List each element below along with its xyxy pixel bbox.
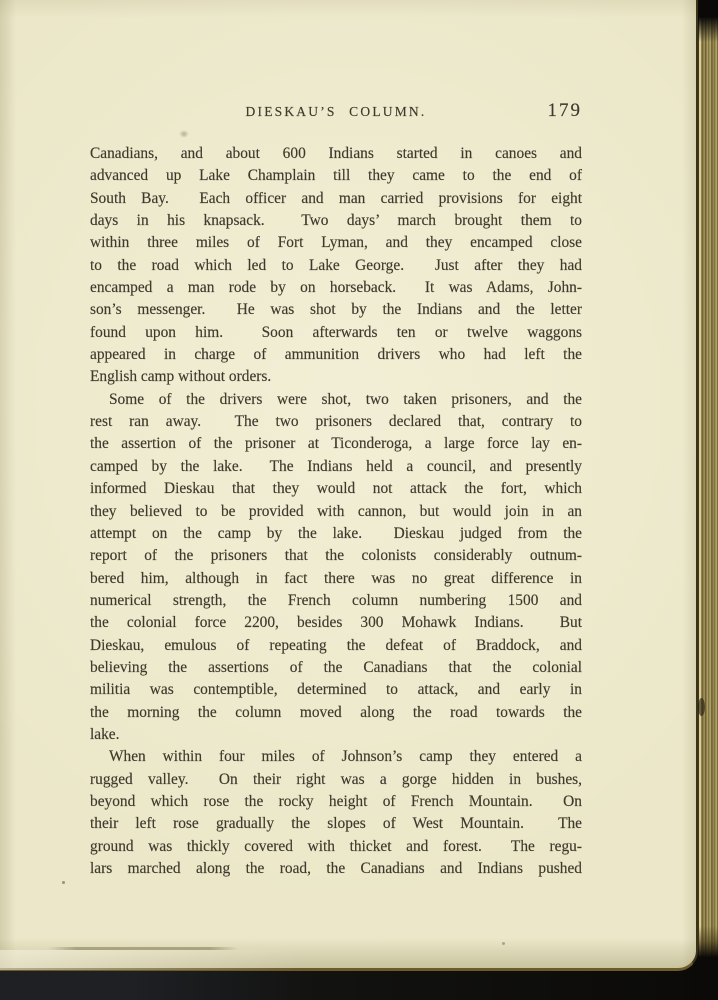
page-number: 179 bbox=[548, 100, 583, 122]
running-title: DIESKAU’S COLUMN. bbox=[90, 104, 582, 120]
paragraph: Canadians, and about 600 Indians started… bbox=[90, 143, 582, 389]
paper-speck bbox=[502, 942, 505, 945]
text-line: South Bay. Each officer and man carried … bbox=[90, 188, 582, 210]
fore-edge-knot bbox=[698, 698, 705, 716]
text-line: attempt on the camp by the lake. Dieskau… bbox=[90, 523, 582, 545]
book-fore-edge bbox=[698, 0, 718, 974]
text-line: the colonial force 2200, besides 300 Moh… bbox=[90, 612, 582, 634]
text-line: report of the prisoners that the colonis… bbox=[90, 545, 582, 567]
text-line: son’s messenger. He was shot by the Indi… bbox=[90, 299, 582, 321]
text-line: English camp without orders. bbox=[90, 366, 582, 388]
running-head: DIESKAU’S COLUMN. 179 bbox=[90, 104, 582, 120]
paragraph: When within four miles of Johnson’s camp… bbox=[90, 746, 582, 880]
text-line: bered him, although in fact there was no… bbox=[90, 568, 582, 590]
text-line: they believed to be provided with cannon… bbox=[90, 501, 582, 523]
text-line: lake. bbox=[90, 724, 582, 746]
text-line: appeared in charge of ammunition drivers… bbox=[90, 344, 582, 366]
text-line: camped by the lake. The Indians held a c… bbox=[90, 456, 582, 478]
text-line: their left rose gradually the slopes of … bbox=[90, 813, 582, 835]
text-line: believing the assertions of the Canadian… bbox=[90, 657, 582, 679]
paper-stain bbox=[179, 130, 189, 138]
text-line: the assertion of the prisoner at Ticonde… bbox=[90, 433, 582, 455]
text-line: days in his knapsack. Two days’ march br… bbox=[90, 210, 582, 232]
text-line: informed Dieskau that they would not att… bbox=[90, 478, 582, 500]
paragraph: Some of the drivers were shot, two taken… bbox=[90, 389, 582, 747]
text-line: numerical strength, the French column nu… bbox=[90, 590, 582, 612]
text-line: lars marched along the road, the Canadia… bbox=[90, 858, 582, 880]
book-scan: DIESKAU’S COLUMN. 179 Canadians, and abo… bbox=[0, 0, 718, 1000]
scan-bottom-shadow bbox=[0, 970, 718, 1000]
text-line: militia was contemptible, determined to … bbox=[90, 679, 582, 701]
paper-speck bbox=[62, 881, 65, 884]
text-line: ground was thickly covered with thicket … bbox=[90, 836, 582, 858]
text-line: found upon him. Soon afterwards ten or t… bbox=[90, 322, 582, 344]
text-line: within three miles of Fort Lyman, and th… bbox=[90, 232, 582, 254]
text-line: advanced up Lake Champlain till they cam… bbox=[90, 165, 582, 187]
text-line: rest ran away. The two prisoners declare… bbox=[90, 411, 582, 433]
text-line: Dieskau, emulous of repeating the defeat… bbox=[90, 635, 582, 657]
text-line: Some of the drivers were shot, two taken… bbox=[90, 389, 582, 411]
paper-crease-highlight bbox=[0, 950, 300, 970]
text-line: encamped a man rode by on horseback. It … bbox=[90, 277, 582, 299]
text-line: When within four miles of Johnson’s camp… bbox=[90, 746, 582, 768]
text-line: rugged valley. On their right was a gorg… bbox=[90, 769, 582, 791]
text-line: beyond which rose the rocky height of Fr… bbox=[90, 791, 582, 813]
text-line: Canadians, and about 600 Indians started… bbox=[90, 143, 582, 165]
text-line: the morning the column moved along the r… bbox=[90, 702, 582, 724]
book-page: DIESKAU’S COLUMN. 179 Canadians, and abo… bbox=[0, 0, 698, 971]
text-block: Canadians, and about 600 Indians started… bbox=[90, 143, 582, 880]
text-line: to the road which led to Lake George. Ju… bbox=[90, 255, 582, 277]
